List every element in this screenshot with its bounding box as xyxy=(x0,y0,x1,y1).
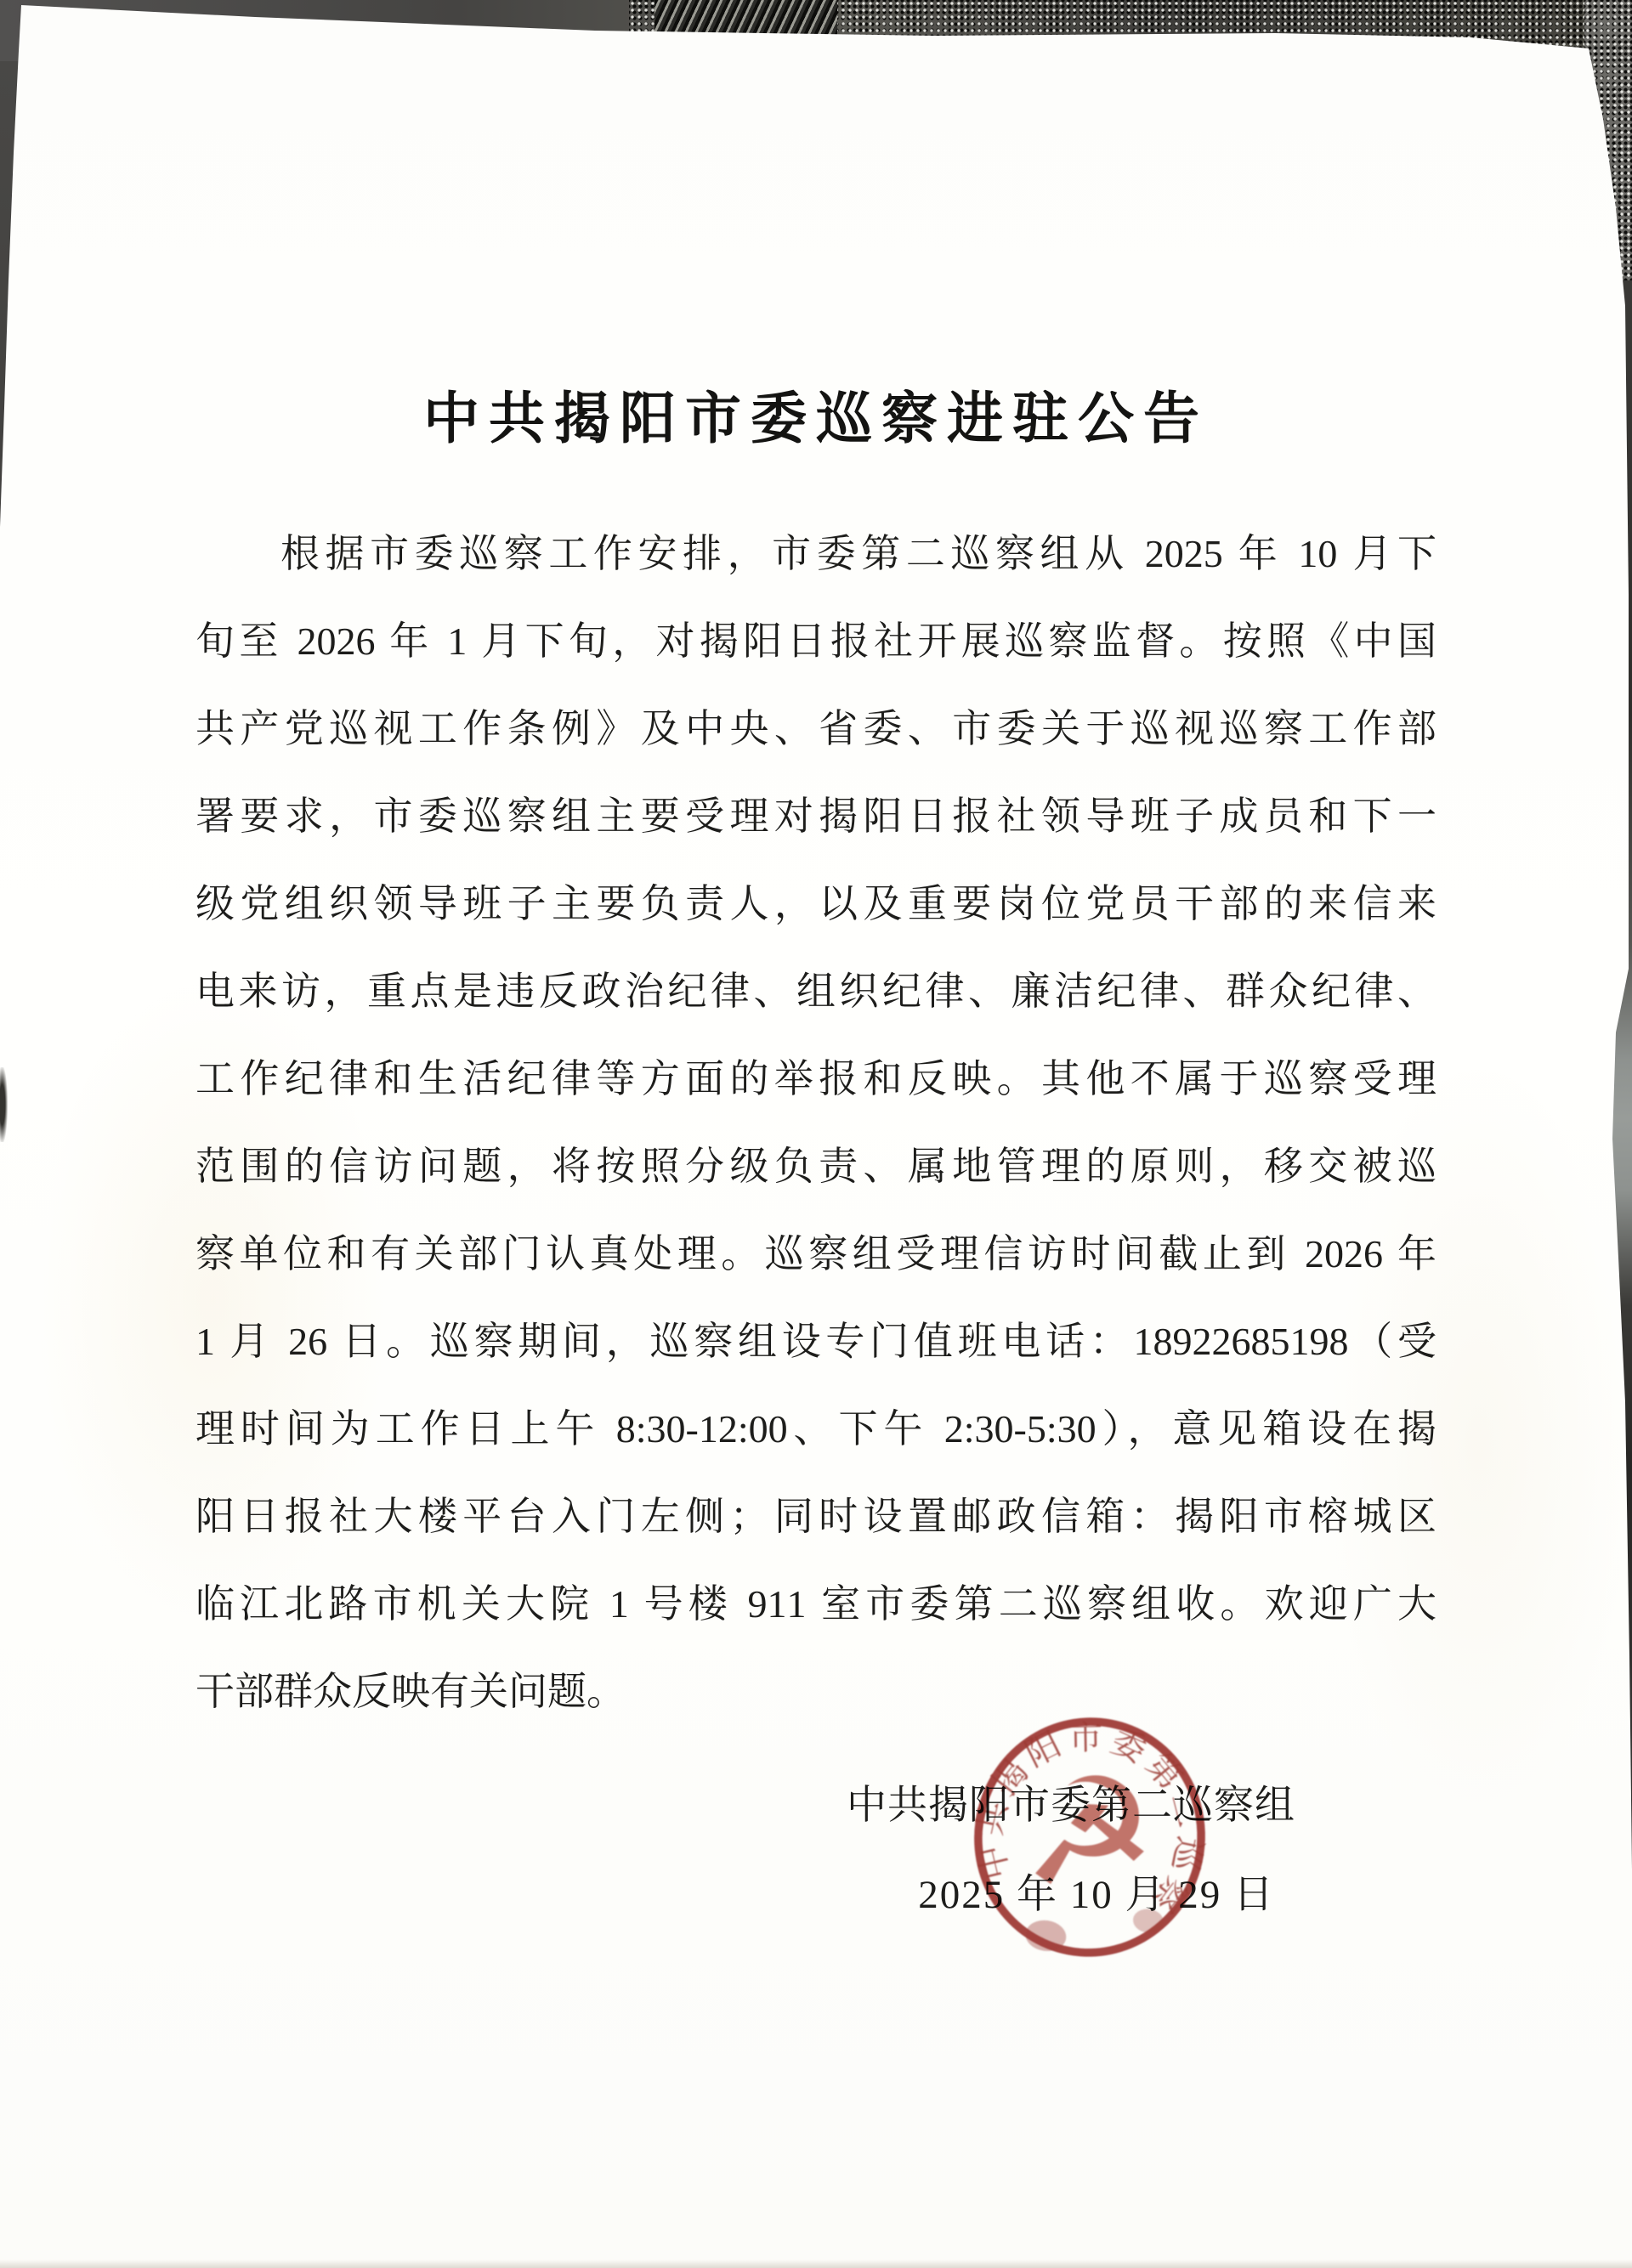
paper-sheet: 中共揭阳市委巡察进驻公告 根据市委巡察工作安排，市委第二巡察组从 2025 年 … xyxy=(0,0,1632,2268)
body-line: 察单位和有关部门认真处理。巡察组受理信访时间截止到 2026 年 xyxy=(195,1210,1436,1298)
body-line: 范围的信访问题，将按照分级负责、属地管理的原则，移交被巡 xyxy=(195,1123,1436,1210)
body-line: 级党组织领导班子主要负责人，以及重要岗位党员干部的来信来 xyxy=(195,860,1436,947)
body-line: 旬至 2026 年 1 月下旬，对揭阳日报社开展巡察监督。按照《中国 xyxy=(195,597,1436,685)
document-title: 中共揭阳市委巡察进驻公告 xyxy=(0,384,1632,455)
body-line: 1 月 26 日。巡察期间，巡察组设专门值班电话：18922685198（受 xyxy=(195,1298,1436,1385)
body-line: 根据市委巡察工作安排，市委第二巡察组从 2025 年 10 月下 xyxy=(195,510,1436,597)
body-line: 理时间为工作日上午 8:30-12:00、下午 2:30-5:30），意见箱设在… xyxy=(195,1385,1436,1473)
body-line: 阳日报社大楼平台入门左侧；同时设置邮政信箱：揭阳市榕城区 xyxy=(195,1473,1436,1560)
photographed-document: 中共揭阳市委巡察进驻公告 根据市委巡察工作安排，市委第二巡察组从 2025 年 … xyxy=(0,0,1632,2268)
body-line: 电来访，重点是违反政治纪律、组织纪律、廉洁纪律、群众纪律、 xyxy=(195,947,1436,1035)
official-seal: 中共揭阳市委第二巡察组 ☭ xyxy=(877,1625,1302,2050)
hammer-sickle-icon: ☭ xyxy=(1023,1747,1157,1920)
body-line: 署要求，市委巡察组主要受理对揭阳日报社领导班子成员和下一 xyxy=(195,772,1436,860)
body-line: 工作纪律和生活纪律等方面的举报和反映。其他不属于巡察受理 xyxy=(195,1035,1436,1123)
document-body: 根据市委巡察工作安排，市委第二巡察组从 2025 年 10 月下 旬至 2026… xyxy=(195,510,1436,1735)
body-line: 共产党巡视工作条例》及中央、省委、市委关于巡视巡察工作部 xyxy=(195,685,1436,772)
edge-smudge xyxy=(0,1067,8,1142)
paper-edge-speckle xyxy=(0,2260,1632,2268)
